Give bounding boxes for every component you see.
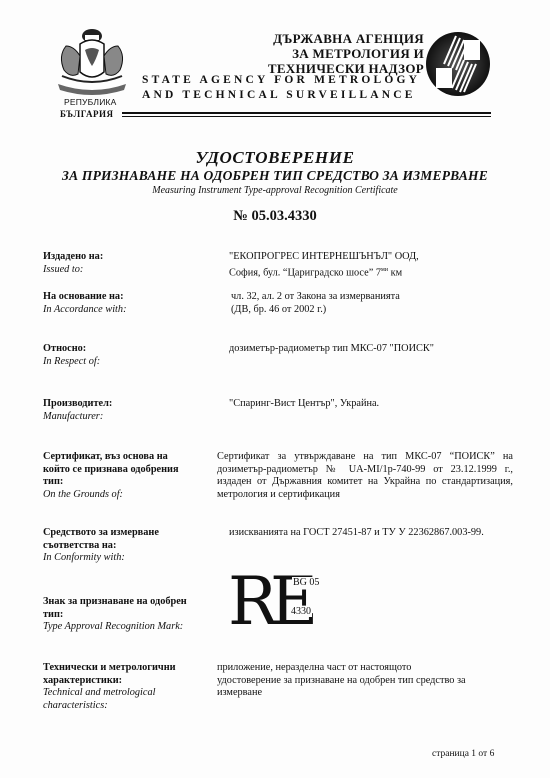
technical-label-bg-2: характеристики: (43, 675, 215, 688)
technical-line-2: удостоверение за признаване на одобрен т… (217, 675, 513, 688)
mark-label-bg-1: Знак за признаване на одобрен (43, 596, 215, 609)
grounds-value: Сертификат за утвърждаване на тип МКС-07… (215, 451, 513, 501)
title-subtitle-bg: ЗА ПРИЗНАВАНЕ НА ОДОБРЕН ТИП СРЕДСТВО ЗА… (0, 168, 550, 184)
respect-label-bg: Относно: (43, 343, 215, 356)
republic-line-1: РЕПУБЛИКА (60, 97, 117, 107)
conformity-label-bg-1: Средството за измерване (43, 527, 215, 540)
agency-en-line-1: STATE AGENCY FOR METROLOGY (142, 73, 420, 88)
bulgaria-coat-of-arms-icon (52, 26, 132, 98)
grounds-label-bg-3: тип: (43, 476, 215, 489)
header-divider (122, 112, 491, 117)
certificate-page: РЕПУБЛИКА БЪЛГАРИЯ ДЪРЖАВНА АГЕНЦИЯ ЗА М… (0, 0, 550, 778)
issued-to-company: "ЕКОПРОГРЕС ИНТЕРНЕШЪНЪЛ" ООД, (229, 251, 513, 264)
field-issued-to: Издадено на: Issued to: "ЕКОПРОГРЕС ИНТЕ… (43, 251, 513, 279)
field-in-respect: Относно: In Respect of: дозиметър-радиом… (43, 343, 513, 368)
accordance-line-1: чл. 32, ал. 2 от Закона за измерванията (231, 291, 513, 304)
mark-code-bottom: 4330 (290, 606, 312, 617)
manufacturer-label-en: Manufacturer: (43, 411, 215, 424)
agency-bg-line-2: ЗА МЕТРОЛОГИЯ И (268, 46, 424, 61)
grounds-label-en: On the Grounds of: (43, 489, 215, 502)
agency-name-bg: ДЪРЖАВНА АГЕНЦИЯ ЗА МЕТРОЛОГИЯ И ТЕХНИЧЕ… (268, 31, 424, 76)
manufacturer-value: "Спаринг-Вист Център", Украйна. (229, 398, 513, 411)
page-number: страница 1 от 6 (432, 749, 494, 759)
republic-line-2: БЪЛГАРИЯ (60, 109, 117, 119)
issued-to-address: София, бул. “Цариградско шосе” 7ми км (229, 264, 513, 280)
manufacturer-label-bg: Производител: (43, 398, 215, 411)
agency-bg-line-1: ДЪРЖАВНА АГЕНЦИЯ (268, 31, 424, 46)
accordance-line-2: (ДВ, бр. 46 от 2002 г.) (231, 304, 513, 317)
grounds-label-bg-1: Сертификат, въз основа на (43, 451, 215, 464)
technical-line-1: приложение, неразделна част от настоящот… (217, 662, 513, 675)
republic-label: РЕПУБЛИКА БЪЛГАРИЯ (60, 97, 117, 119)
certificate-title: УДОСТОВЕРЕНИЕ ЗА ПРИЗНАВАНЕ НА ОДОБРЕН Т… (0, 148, 550, 225)
field-technical: Технически и метрологични характеристики… (43, 662, 513, 712)
conformity-label-en: In Conformity with: (43, 552, 215, 565)
address-text: София, бул. “Цариградско шосе” 7 (229, 267, 381, 278)
technical-line-3: измерване (217, 687, 513, 700)
address-sup: ми (381, 267, 388, 273)
accordance-label-en: In Accordance with: (43, 304, 215, 317)
conformity-value: изискванията на ГОСТ 27451-87 и ТУ У 223… (229, 527, 513, 540)
recognition-mark: R E BG 05 4330 (228, 573, 348, 641)
agency-logo-icon (424, 30, 492, 98)
address-tail: км (388, 267, 402, 278)
mark-label-en: Type Approval Recognition Mark: (43, 621, 215, 634)
respect-value: дозиметър-радиометър тип МКС-07 "ПОИСК" (229, 343, 513, 356)
agency-name-en: STATE AGENCY FOR METROLOGY AND TECHNICAL… (142, 73, 420, 103)
technical-label-en-1: Technical and metrological (43, 687, 215, 700)
title-subtitle-en: Measuring Instrument Type-approval Recog… (0, 184, 550, 197)
conformity-label-bg-2: съответства на: (43, 540, 215, 553)
issued-to-label-bg: Издадено на: (43, 251, 215, 264)
accordance-label-bg: На основание на: (43, 291, 215, 304)
field-manufacturer: Производител: Manufacturer: "Спаринг-Вис… (43, 398, 513, 423)
mark-code-top: BG 05 (292, 577, 320, 588)
field-in-accordance: На основание на: In Accordance with: чл.… (43, 291, 513, 316)
issued-to-label-en: Issued to: (43, 264, 215, 277)
technical-label-bg-1: Технически и метрологични (43, 662, 215, 675)
title-main: УДОСТОВЕРЕНИЕ (0, 148, 550, 168)
mark-label-bg-2: тип: (43, 609, 215, 622)
technical-label-en-2: characteristics: (43, 700, 215, 713)
field-grounds: Сертификат, въз основа на който се призн… (43, 451, 513, 501)
agency-en-line-2: AND TECHNICAL SURVEILLANCE (142, 88, 420, 103)
certificate-number: № 05.03.4330 (0, 207, 550, 225)
respect-label-en: In Respect of: (43, 356, 215, 369)
field-conformity: Средството за измерване съответства на: … (43, 527, 513, 565)
grounds-label-bg-2: който се признава одобрения (43, 464, 215, 477)
